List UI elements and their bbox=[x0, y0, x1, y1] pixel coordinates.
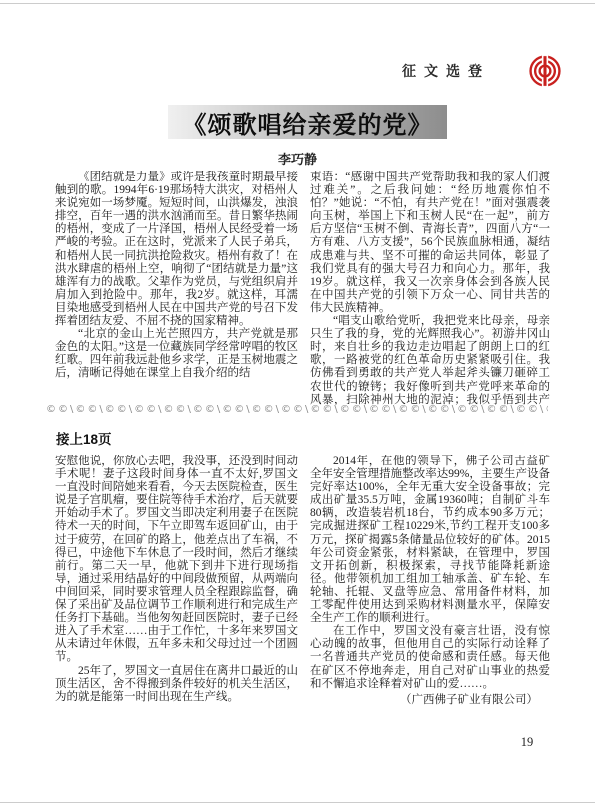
page-top-edge bbox=[0, 3, 595, 4]
paragraph: “北京的金山上光芒照四方，共产党就是那金色的太阳。”这是一位藏族同学经常哼唱的牧… bbox=[55, 328, 298, 380]
paragraph-continuation: 安慰他说，你放心去吧，我没事，还没到时间动手术呢！妻子这段时间身体一直不太好,罗… bbox=[55, 455, 298, 665]
paragraph: 2014年，在他的领导下，佛子公司古益矿全年安全管理措施整改率达99%，主要生产… bbox=[310, 455, 550, 625]
page-bottom-edge bbox=[0, 802, 595, 803]
page-number: 19 bbox=[512, 735, 542, 750]
article-right-column: 束语：“感谢中国共产党帮助我和我的家人们渡过难关”。之后我问她：“经历地震你怕不… bbox=[310, 171, 550, 405]
trade-union-logo-icon bbox=[528, 54, 562, 88]
continued-left-column: 安慰他说，你放心去吧，我没事，还没到时间动手术呢！妻子这段时间身体一直不太好,罗… bbox=[55, 455, 298, 711]
magazine-page: 征文选登 《颂歌唱给亲爱的党》 李巧静 《团结就是力量》或许是我孩童时期最早接触… bbox=[0, 0, 595, 808]
paragraph: 《团结就是力量》或许是我孩童时期最早接触到的歌。1994年6·19那场特大洪灾，… bbox=[55, 171, 298, 328]
article-author: 李巧静 bbox=[0, 149, 595, 168]
article-left-column: 《团结就是力量》或许是我孩童时期最早接触到的歌。1994年6·19那场特大洪灾，… bbox=[55, 171, 298, 405]
paragraph: 在工作中，罗国文没有豪言壮语，没有惊心动魄的故事，但他用自己的实际行动诠释了一名… bbox=[310, 625, 550, 690]
article-title: 《颂歌唱给亲爱的党》 bbox=[183, 105, 433, 140]
article-title-bar: 《颂歌唱给亲爱的党》 bbox=[168, 105, 447, 139]
column-badge: 征文选登 bbox=[402, 61, 490, 81]
paragraph: 25年了，罗国文一直居住在离井口最近的山顶生活区，舍不得搬到条件较好的机关生活区… bbox=[55, 665, 298, 704]
paragraph: “唱支山歌给党听，我把党来比母亲，母亲只生了我的身，党的光辉照我心”。初游井冈山… bbox=[310, 315, 550, 405]
continued-right-column: 2014年，在他的领导下，佛子公司古益矿全年安全管理措施整改率达99%，主要生产… bbox=[310, 455, 550, 711]
author-attribution: （广西佛子矿业有限公司） bbox=[310, 694, 550, 707]
ornament-divider: ©©\©©\©©\©©\©©\©©\©©\©©\©©\©©\©©\©©\©©\©… bbox=[46, 403, 548, 417]
continued-from-label: 接上18页 bbox=[56, 428, 112, 448]
paragraph-continuation: 束语：“感谢中国共产党帮助我和我的家人们渡过难关”。之后我问她：“经历地震你怕不… bbox=[310, 171, 550, 315]
